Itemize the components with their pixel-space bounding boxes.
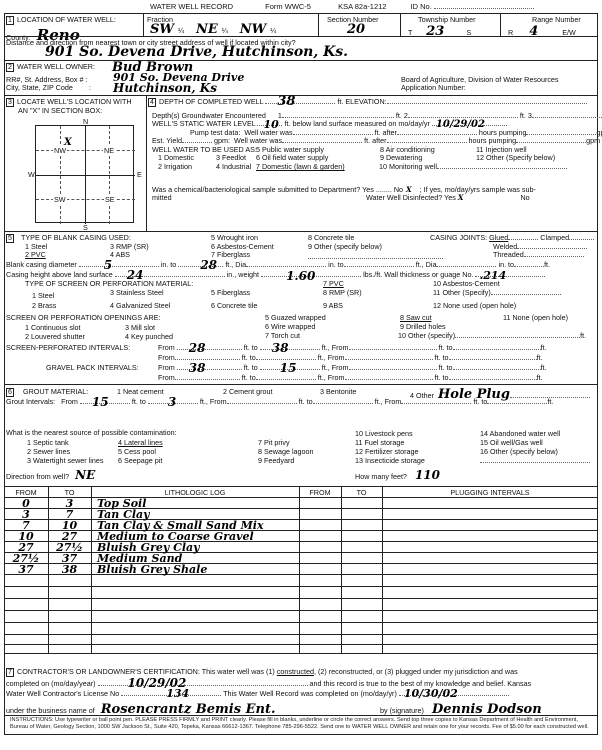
screen-option-1[interactable]: 1 Steel (32, 291, 54, 300)
contam-option-2[interactable]: 2 Sewer lines (27, 447, 70, 456)
contam-option-14[interactable]: 14 Abandoned water well (480, 429, 560, 438)
use-option-9[interactable]: 9 Dewatering (380, 153, 422, 162)
contam-option-16[interactable]: 16 Other (specify below) (480, 447, 558, 456)
contam-option-9[interactable]: 9 Feedyard (258, 456, 294, 465)
screen-option-4[interactable]: 4 Galvanized Steel (110, 301, 170, 310)
screen-option-2[interactable]: 2 Brass (32, 301, 56, 310)
opening-option-6[interactable]: 6 Wire wrapped (265, 322, 315, 331)
use-option-12[interactable]: 12 Other (Specify below) (476, 153, 555, 162)
plug-header-from: FROM (299, 488, 341, 497)
depth-value: 38 (277, 94, 295, 109)
opening-option-8-selected[interactable]: 8 Saw cut (400, 313, 432, 322)
contam-option-1[interactable]: 1 Septic tank (27, 438, 69, 447)
section-location-grid[interactable]: NW NE SW SE X (35, 125, 134, 223)
est-yield-row: Est. Yield gpm: Well water was ft. after… (152, 136, 600, 145)
use-option-6[interactable]: 6 Oil field water supply (256, 153, 328, 162)
casing-height-row: Casing height above land surface 24 in.,… (6, 270, 545, 279)
use-option-4[interactable]: 4 Industrial (216, 162, 251, 171)
constructed-selected: constructed (277, 667, 314, 676)
ne-quadrant[interactable]: NE (103, 146, 115, 155)
screen-option-10[interactable]: 10 Asbestos-Cement (433, 279, 500, 288)
well-location-mark: X (64, 137, 72, 148)
contam-option-8[interactable]: 8 Sewage lagoon (258, 447, 314, 456)
contamination-label: What is the nearest source of possible c… (6, 428, 177, 437)
screen-option-6[interactable]: 6 Concrete tile (211, 301, 257, 310)
disinfected-row: Water Well Disinfected? Yes X No (366, 193, 530, 202)
plug-header-to: TO (341, 488, 382, 497)
east-label: E (137, 170, 142, 179)
fraction-field[interactable]: SW¼ NE¼ NW¼ (150, 22, 276, 37)
screen-interval-row-1[interactable]: From 28 ft. to 38 ft., From ft. toft. (158, 343, 547, 352)
west-label: W (28, 170, 35, 179)
screen-option-8[interactable]: 8 RMP (SR) (323, 288, 362, 297)
use-option-2[interactable]: 2 Irrigation (158, 162, 192, 171)
depth-row: 4DEPTH OF COMPLETED WELL 38 ft. ELEVATIO… (148, 97, 587, 107)
contam-option-12[interactable]: 12 Fertilizer storage (355, 447, 419, 456)
use-option-3[interactable]: 3 Feedlot (216, 153, 246, 162)
casing-diameter-row: Blank casing diameter 5 in. to 28 ft., D… (6, 260, 550, 269)
casing-option-2-selected[interactable]: 2 PVC (25, 250, 46, 259)
opening-option-2[interactable]: 2 Louvered shutter (25, 332, 85, 341)
contam-option-6[interactable]: 6 Seepage pit (118, 456, 162, 465)
use-option-10[interactable]: 10 Monitoring well (379, 162, 567, 171)
screen-option-9[interactable]: 9 ABS (323, 301, 343, 310)
id-label: ID No. (411, 2, 432, 11)
contam-option-3[interactable]: 3 Watertight sewer lines (27, 456, 103, 465)
grout-to-value: 3 (168, 395, 176, 409)
contam-option-11[interactable]: 11 Fuel storage (355, 438, 404, 447)
gravel-interval-row-1[interactable]: From 38 ft. to 15 ft., From ft. toft. (158, 363, 547, 372)
contam-option-4-selected[interactable]: 4 Lateral lines (118, 438, 163, 447)
ksa-reference: KSA 82a-1212 (338, 2, 386, 11)
grout-from-value: 15 (92, 395, 109, 409)
contam-option-15[interactable]: 15 Oil well/Gas well (480, 438, 543, 447)
feet-row[interactable]: How many feet? 110 (355, 468, 440, 482)
form-header: WATER WELL RECORD Form WWC-5 KSA 82a-121… (150, 2, 534, 11)
opening-option-11[interactable]: 11 None (open hole) (503, 313, 568, 322)
direction-row[interactable]: Direction from well? NE (6, 468, 95, 482)
casing-option-5[interactable]: 5 Wrought iron (211, 233, 258, 242)
contam-option-7[interactable]: 7 Pit privy (258, 438, 290, 447)
direction-value: NE (75, 468, 95, 482)
section-1-label: 1LOCATION OF WATER WELL: (6, 15, 116, 25)
opening-option-10[interactable]: 10 Other (specify)ft. (398, 331, 586, 340)
distance-value[interactable]: 901 So. Devena Drive, Hutchinson, Ks. (45, 44, 348, 60)
grout-option-1[interactable]: 1 Neat cement (117, 387, 164, 396)
grout-intervals-row[interactable]: Grout Intervals: From 15 ft. to 3 ft., F… (6, 397, 553, 406)
screen-material-label: TYPE OF SCREEN OR PERFORATION MATERIAL: (25, 279, 193, 288)
screen-option-5[interactable]: 5 Fiberglass (211, 288, 250, 297)
certification-line-1: 7CONTRACTOR'S OR LANDOWNER'S CERTIFICATI… (6, 667, 518, 677)
openings-label: SCREEN OR PERFORATION OPENINGS ARE: (6, 313, 160, 322)
section-3-sublabel: AN "X" IN SECTION BOX: (18, 106, 102, 115)
form-number: Form WWC-5 (265, 2, 311, 11)
screen-option-7-selected[interactable]: 7 PVC (323, 279, 344, 288)
opening-option-9[interactable]: 9 Drilled holes (400, 322, 446, 331)
form-title: WATER WELL RECORD (150, 2, 233, 11)
screen-option-3[interactable]: 3 Stainless Steel (110, 288, 164, 297)
use-option-7-selected[interactable]: 7 Domestic (lawn & garden) (256, 162, 345, 171)
contam-option-10[interactable]: 10 Livestock pens (355, 429, 413, 438)
screen-intervals-label: SCREEN-PERFORATED INTERVALS: (6, 343, 130, 352)
gravel-pack-label: GRAVEL PACK INTERVALS: (46, 363, 139, 372)
owner-label: 2WATER WELL OWNER: (6, 62, 95, 72)
plug-header-intervals: PLUGGING INTERVALS (382, 488, 598, 497)
opening-option-1[interactable]: 1 Continuous slot (25, 323, 81, 332)
id-field[interactable] (434, 8, 534, 9)
log-header-to: TO (48, 488, 91, 497)
contam-option-5[interactable]: 5 Cess pool (118, 447, 156, 456)
casing-option-8[interactable]: 8 Concrete tile (308, 233, 354, 242)
screen-option-11[interactable]: 11 Other (Specify) (433, 288, 561, 297)
joint-glued[interactable]: Glued (489, 233, 508, 242)
casing-weight-value: 1.60 (286, 269, 315, 283)
grout-material-label: 6GROUT MATERIAL: (6, 387, 88, 397)
section-number-value[interactable]: 20 (347, 22, 365, 37)
joint-clamped[interactable]: Clamped (540, 233, 569, 242)
north-label: N (83, 117, 88, 126)
mitted-label: mitted (152, 193, 172, 202)
log-header-from: FROM (4, 488, 48, 497)
se-quadrant[interactable]: SE (104, 195, 116, 204)
log-header-lithologic: LITHOLOGIC LOG (91, 488, 299, 497)
disinfected-yes-mark: X (458, 193, 464, 202)
sw-quadrant[interactable]: SW (53, 195, 67, 204)
joint-threaded[interactable]: Threaded (493, 250, 584, 259)
screen-option-12[interactable]: 12 None used (open hole) (433, 301, 516, 310)
casing-option-9[interactable]: 9 Other (specify below) (308, 242, 382, 251)
license-value: 134 (166, 687, 189, 700)
gravel-interval-row-2[interactable]: From ft. to ft., From ft. toft. (158, 373, 543, 382)
city-value[interactable]: Hutchinson, Ks (113, 81, 217, 95)
feet-value: 110 (415, 468, 440, 482)
opening-option-3[interactable]: 3 Mill slot (125, 323, 155, 332)
township-label: Township Number (418, 15, 476, 24)
grout-option-2[interactable]: 2 Cement grout (223, 387, 273, 396)
application-number-field[interactable]: Application Number: (401, 83, 466, 92)
screen-interval-row-2[interactable]: From ft. to ft., From ft. toft. (158, 353, 543, 362)
grout-option-3[interactable]: 3 Bentonite (320, 387, 356, 396)
range-label: Range Number (532, 15, 581, 24)
static-level-row: WELL'S STATIC WATER LEVEL 10 ft. below l… (152, 119, 507, 128)
city-label: City, State, ZIP Code : (6, 83, 91, 92)
casing-joints: CASING JOINTS: Glued Clamped (430, 233, 594, 242)
casing-option-4[interactable]: 4 ABS (110, 250, 130, 259)
record-completed-value: 10/30/02 (404, 687, 458, 700)
license-row[interactable]: Water Well Contractor's License No 134 T… (6, 689, 509, 698)
opening-option-7[interactable]: 7 Torch cut (265, 331, 300, 340)
instructions-text: INSTRUCTIONS: Use typewriter or ball poi… (10, 717, 595, 731)
opening-option-5[interactable]: 5 Guazed wrapped (265, 313, 326, 322)
contam-option-13[interactable]: 13 Insecticide storage (355, 456, 425, 465)
opening-option-4[interactable]: 4 Key punched (125, 332, 173, 341)
use-option-1[interactable]: 1 Domestic (158, 153, 194, 162)
